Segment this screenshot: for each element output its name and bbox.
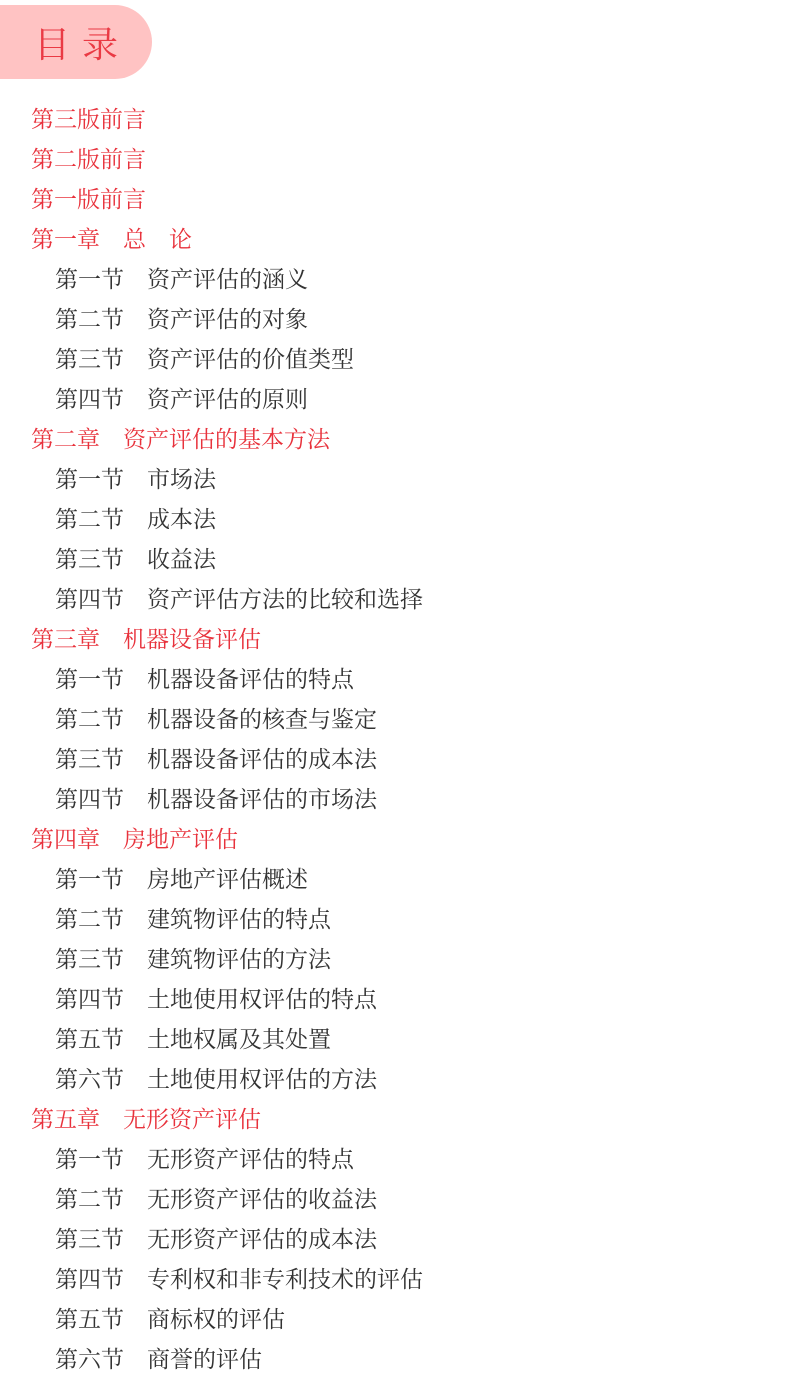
toc-section-link[interactable]: 第二节 建筑物评估的特点 — [0, 900, 790, 940]
toc-section-link[interactable]: 第四节 土地使用权评估的特点 — [0, 980, 790, 1020]
toc-section-link[interactable]: 第四节 资产评估的原则 — [0, 380, 790, 420]
toc-chapter-link[interactable]: 第三版前言 — [0, 100, 790, 140]
toc-chapter-link[interactable]: 第二版前言 — [0, 140, 790, 180]
toc-chapter-link[interactable]: 第一章 总 论 — [0, 220, 790, 260]
toc-header: 目录 — [0, 5, 152, 79]
toc-section-link[interactable]: 第二节 成本法 — [0, 500, 790, 540]
toc-section-link[interactable]: 第一节 房地产评估概述 — [0, 860, 790, 900]
toc-section-link[interactable]: 第二节 无形资产评估的收益法 — [0, 1180, 790, 1220]
toc-section-link[interactable]: 第三节 资产评估的价值类型 — [0, 340, 790, 380]
toc-chapter-link[interactable]: 第二章 资产评估的基本方法 — [0, 420, 790, 460]
toc-section-link[interactable]: 第三节 建筑物评估的方法 — [0, 940, 790, 980]
toc-chapter-link[interactable]: 第三章 机器设备评估 — [0, 620, 790, 660]
toc-section-link[interactable]: 第五节 商标权的评估 — [0, 1300, 790, 1340]
toc-section-link[interactable]: 第一节 机器设备评估的特点 — [0, 660, 790, 700]
toc-section-link[interactable]: 第六节 土地使用权评估的方法 — [0, 1060, 790, 1100]
toc-section-link[interactable]: 第二节 机器设备的核查与鉴定 — [0, 700, 790, 740]
toc-section-link[interactable]: 第二节 资产评估的对象 — [0, 300, 790, 340]
toc-chapter-link[interactable]: 第一版前言 — [0, 180, 790, 220]
toc-section-link[interactable]: 第六节 商誉的评估 — [0, 1340, 790, 1380]
toc-section-link[interactable]: 第一节 资产评估的涵义 — [0, 260, 790, 300]
toc-section-link[interactable]: 第三节 收益法 — [0, 540, 790, 580]
toc-title: 目录 — [34, 17, 130, 68]
toc-section-link[interactable]: 第四节 资产评估方法的比较和选择 — [0, 580, 790, 620]
toc-section-link[interactable]: 第五节 土地权属及其处置 — [0, 1020, 790, 1060]
toc-chapter-link[interactable]: 第四章 房地产评估 — [0, 820, 790, 860]
toc-section-link[interactable]: 第四节 机器设备评估的市场法 — [0, 780, 790, 820]
toc-section-link[interactable]: 第四节 专利权和非专利技术的评估 — [0, 1260, 790, 1300]
table-of-contents: 第三版前言第二版前言第一版前言第一章 总 论第一节 资产评估的涵义第二节 资产评… — [0, 100, 790, 1380]
toc-section-link[interactable]: 第三节 机器设备评估的成本法 — [0, 740, 790, 780]
toc-section-link[interactable]: 第一节 市场法 — [0, 460, 790, 500]
toc-section-link[interactable]: 第三节 无形资产评估的成本法 — [0, 1220, 790, 1260]
toc-section-link[interactable]: 第一节 无形资产评估的特点 — [0, 1140, 790, 1180]
toc-chapter-link[interactable]: 第五章 无形资产评估 — [0, 1100, 790, 1140]
